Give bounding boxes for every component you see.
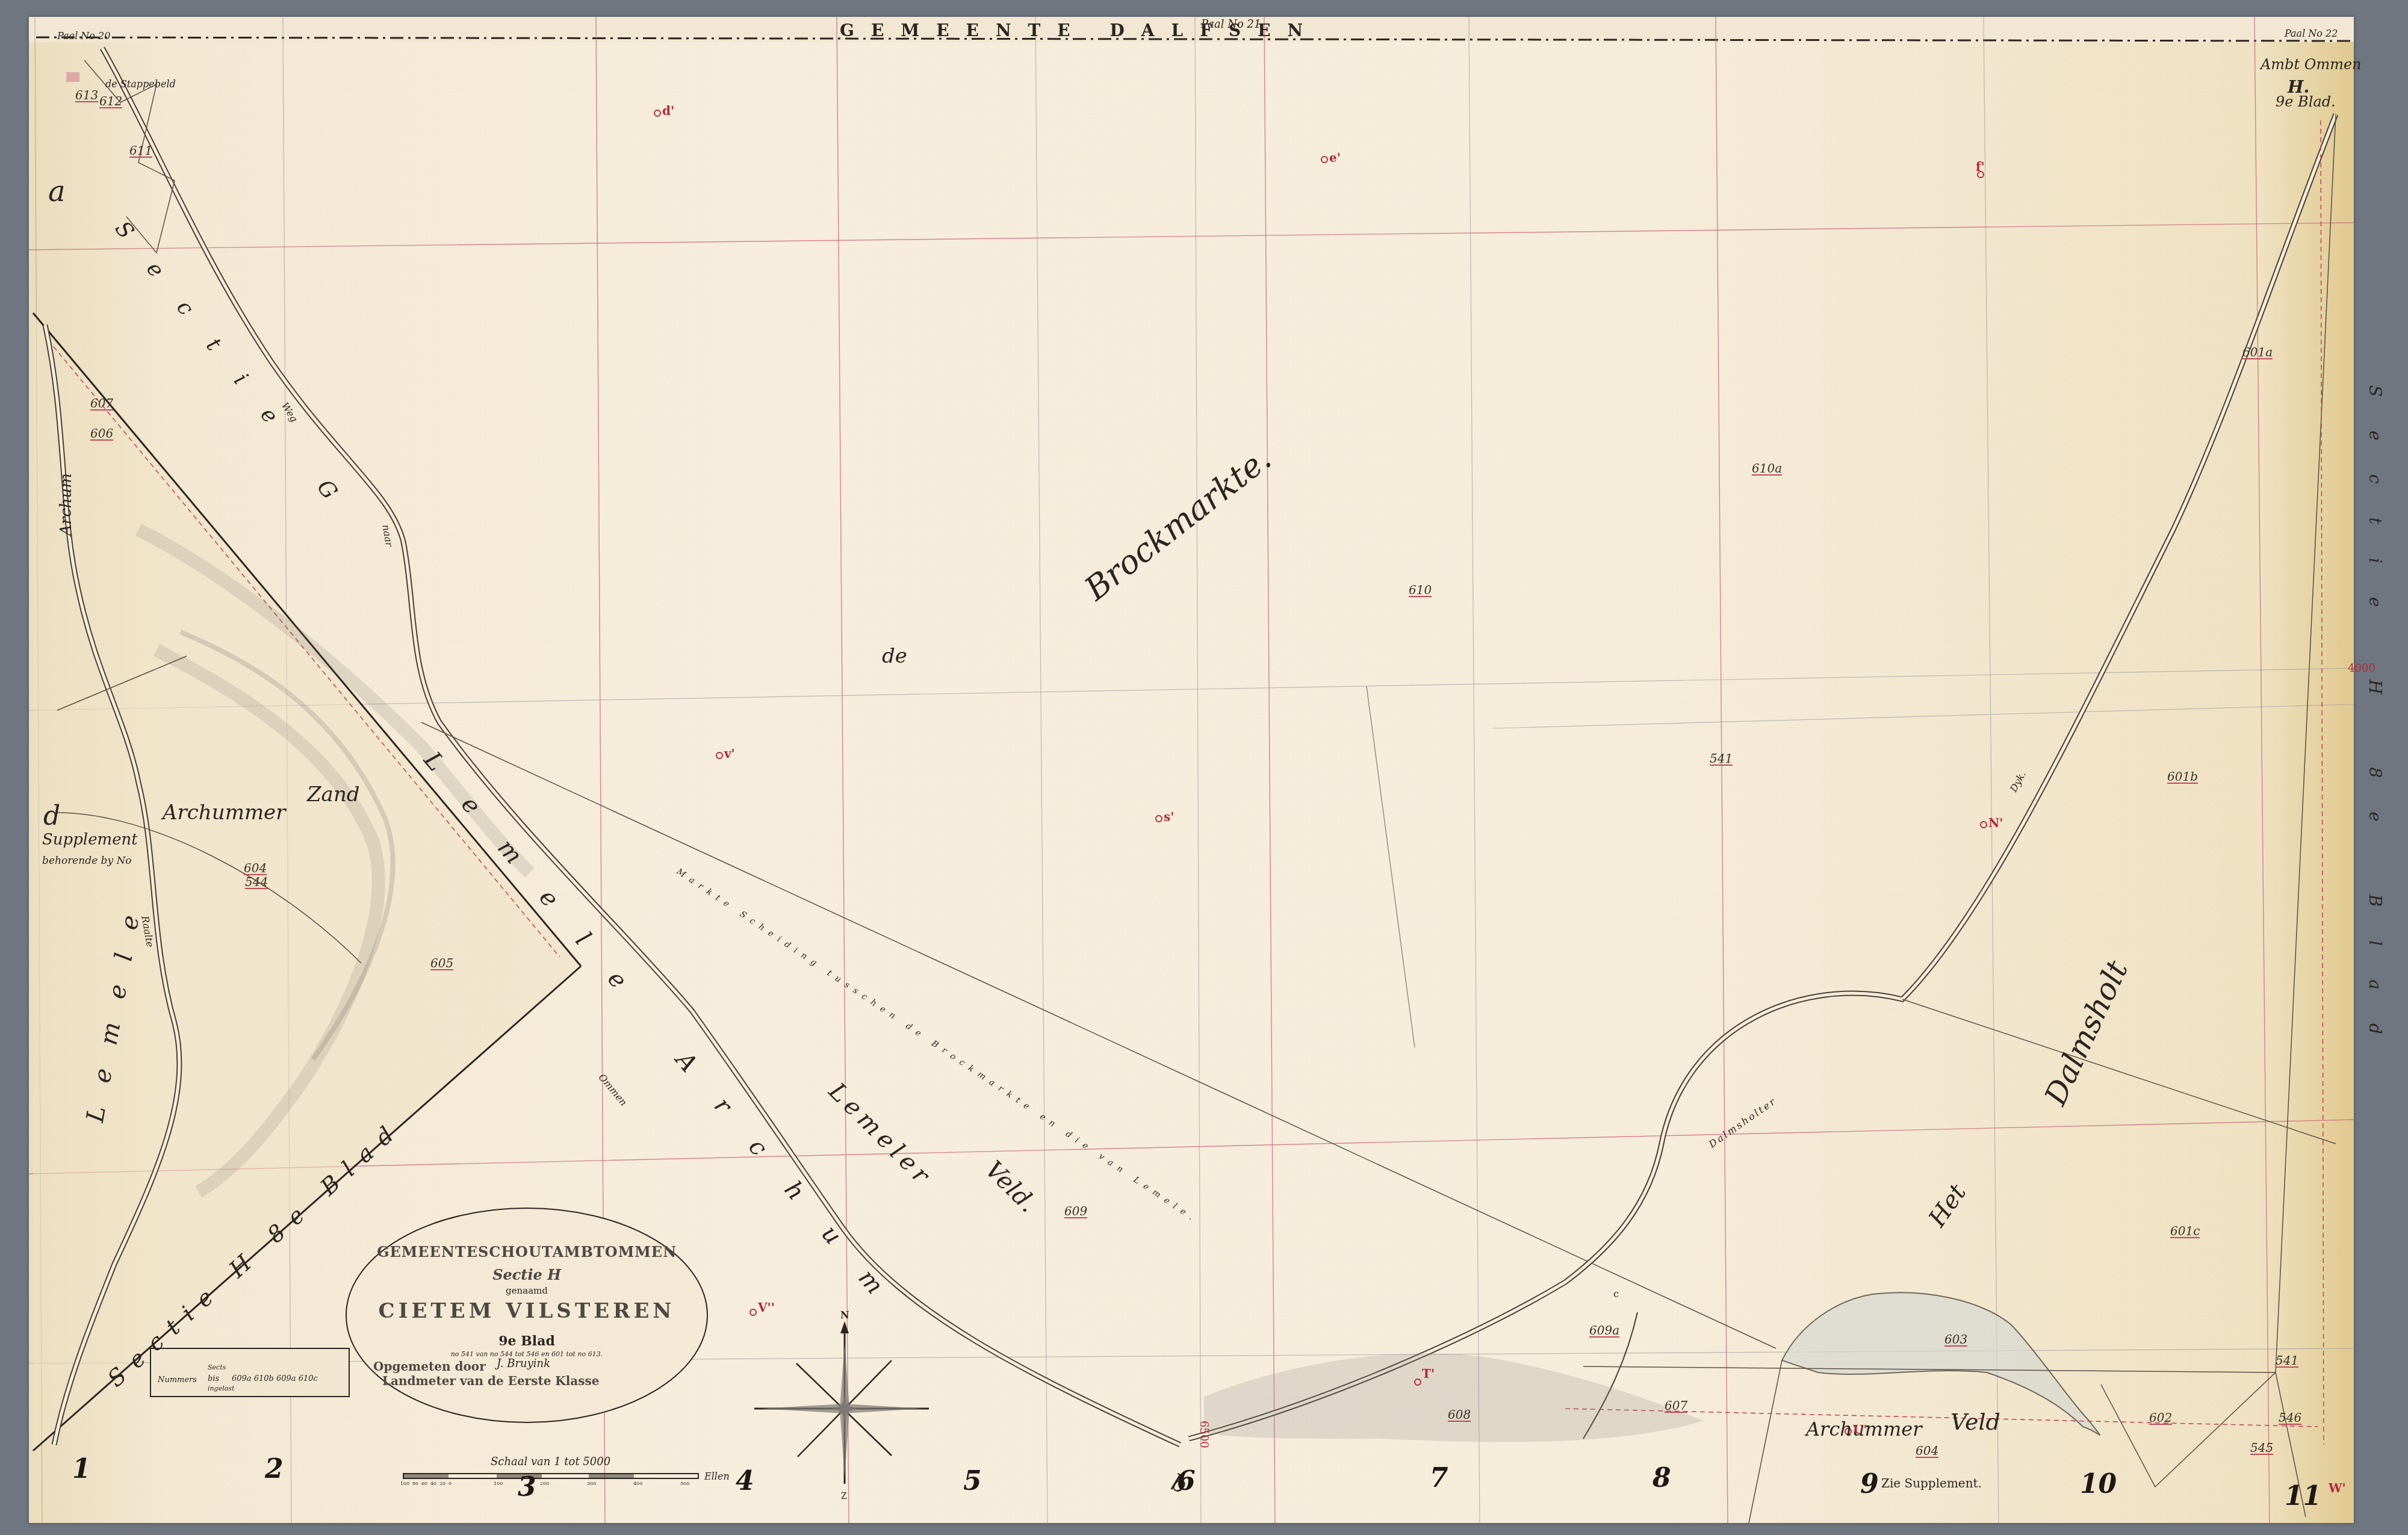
cartouche-sheet: 9e Blad — [364, 1333, 689, 1349]
parcel-610a[interactable]: 610a — [1752, 462, 1782, 476]
parcel-602[interactable]: 602 — [2149, 1412, 2172, 1425]
parcel-545[interactable]: 545 — [2250, 1442, 2273, 1455]
trig-points — [654, 110, 1987, 1434]
column-number-8: 8 — [1652, 1463, 1671, 1493]
supplement-box-label: Nummers — [158, 1375, 197, 1385]
scale-tick-4: 20 — [439, 1481, 445, 1486]
column-number-3: 3 — [518, 1472, 536, 1502]
parcel-541b[interactable]: 541 — [1710, 752, 1733, 766]
column-number-11: 11 — [2285, 1481, 2321, 1512]
parcel-604[interactable]: 604 — [244, 862, 267, 875]
parcel-603[interactable]: 603 — [1944, 1333, 1967, 1347]
paal-right: Paal No 22 — [2285, 28, 2338, 39]
trig-point-u: U' — [1853, 1422, 1867, 1437]
label-archummer-zand-2: Zand — [307, 783, 360, 807]
cadastral-map[interactable] — [0, 0, 2408, 1535]
scale-tick-10: 500 — [680, 1481, 689, 1486]
supplement-subtitle: behorende by No — [42, 855, 132, 867]
column-number-4: 4 — [736, 1466, 754, 1496]
cartouche-place-name: CIETEM VILSTEREN — [364, 1299, 689, 1323]
supplement-box-ingelast: ingelast — [208, 1385, 234, 1392]
trig-point-e: e' — [1329, 150, 1341, 165]
plot-line — [1749, 1360, 1782, 1523]
parcel-601b[interactable]: 601b — [2167, 771, 2198, 784]
scale-tick-6: 100 — [494, 1481, 503, 1486]
building-marker — [66, 72, 79, 82]
road-junction-c: c — [1613, 1288, 1619, 1300]
cartouche-surveyor-class: Landmeter van de Eerste Klasse — [382, 1374, 600, 1388]
paal-center: Paal No 21 — [1201, 18, 1261, 31]
compass-south: Z — [841, 1492, 847, 1501]
label-vertical-archum: Archum — [57, 473, 75, 536]
scale-tick-8: 300 — [587, 1481, 596, 1486]
column-number-6: 6 — [1177, 1466, 1196, 1496]
parcel-611[interactable]: 611 — [129, 144, 152, 158]
parcel-601a[interactable]: 601a — [2242, 346, 2273, 359]
pond-603[interactable] — [1782, 1292, 2100, 1434]
scale-tick-7: 200 — [540, 1481, 549, 1486]
column-number-1: 1 — [72, 1454, 91, 1484]
parcel-541[interactable]: 541 — [2276, 1354, 2298, 1368]
east-road-line — [2276, 114, 2336, 1372]
scale-tick-3: 40 — [430, 1481, 436, 1486]
row-letter-a: a — [48, 175, 66, 208]
cartouche-surveyed-by: Opgemeten door — [373, 1359, 486, 1374]
column-number-5: 5 — [963, 1466, 982, 1496]
supplement-title: Supplement — [42, 831, 138, 849]
cartouche-title: GEMEENTESCHOUTAMBTOMMEN — [364, 1243, 689, 1261]
parcel-607b[interactable]: 607 — [90, 397, 113, 411]
corner-ambt-ommen: Ambt Ommen — [2261, 56, 2362, 73]
supplement-box — [150, 1348, 349, 1397]
grid-coordinate-red: 6500 — [1197, 1421, 1210, 1448]
cartouche-genaamd: genaamd — [364, 1285, 689, 1296]
road-dalmsholter-dyk[interactable] — [1189, 114, 2336, 1439]
parcel-612[interactable]: 612 — [99, 95, 122, 108]
column-number-7: 7 — [1430, 1463, 1448, 1493]
paal-left: Paal No 20 — [57, 30, 110, 42]
scale-tick-9: 400 — [633, 1481, 642, 1486]
parcel-608[interactable]: 608 — [1448, 1409, 1471, 1422]
trig-point-f: f' — [1976, 160, 1985, 174]
compass-north: N — [840, 1309, 849, 1321]
right-edge-coordinate: 4000 — [2348, 662, 2375, 675]
parcel-604b[interactable]: 604 — [1916, 1445, 1938, 1458]
parcel-601c[interactable]: 601c — [2170, 1225, 2200, 1238]
trig-point-w: W' — [2329, 1481, 2346, 1495]
supplement-box-numbers: 609a 610b 609a 610c — [232, 1374, 318, 1383]
trig-point-d: d' — [662, 104, 674, 118]
parcel-609[interactable]: 609 — [1064, 1205, 1087, 1218]
supplement-box-sects: Sects — [208, 1363, 226, 1371]
scale-unit: Ellen — [704, 1471, 730, 1482]
supplement-box-bis: bis — [208, 1374, 219, 1383]
scale-tick-2: 60 — [421, 1481, 427, 1486]
parcel-544[interactable]: 544 — [245, 876, 268, 889]
column-number-10: 10 — [2080, 1469, 2117, 1499]
row-letter-d: d — [43, 801, 60, 831]
corner-sheet: 9e Blad. — [2276, 93, 2336, 110]
parcel-605[interactable]: 605 — [430, 957, 453, 970]
trig-point-s: s' — [1164, 810, 1174, 824]
plot-545-546 — [2101, 1372, 2306, 1517]
dalmsholt-boundary — [1902, 999, 2336, 1144]
column-number-2: 2 — [265, 1454, 284, 1484]
label-stappebeld: de Stappebeld — [105, 78, 176, 90]
parcel-610[interactable]: 610 — [1409, 584, 1432, 597]
label-de: de — [882, 644, 907, 668]
scale-tick-0: 100 — [400, 1481, 409, 1486]
column-nine-note: Zie Supplement. — [1881, 1476, 1982, 1490]
cartouche-section: Sectie H — [364, 1266, 689, 1283]
parcel-609a[interactable]: 609a — [1589, 1324, 1619, 1338]
construction-line — [1367, 686, 1415, 1047]
compass-rose-icon — [754, 1321, 929, 1484]
trig-point-v: v' — [724, 746, 735, 761]
section-boundary-right — [2321, 120, 2324, 1445]
label-right-edge-section: Sectie H 8e Blad — [2365, 385, 2385, 1068]
cartouche-signature: J. Bruyink — [497, 1357, 550, 1370]
scale-tick-5: 0 — [448, 1481, 451, 1486]
parcel-613[interactable]: 613 — [75, 89, 98, 102]
scale-bar — [403, 1474, 698, 1478]
trig-point-t: T' — [1422, 1366, 1435, 1381]
scale-title: Schaal van 1 tot 5000 — [491, 1456, 610, 1468]
scale-tick-1: 80 — [412, 1481, 418, 1486]
parcel-607[interactable]: 607 — [1665, 1400, 1687, 1413]
trig-point-v2: V'' — [758, 1300, 775, 1315]
parcel-546[interactable]: 546 — [2279, 1412, 2301, 1425]
trig-point-n: N' — [1988, 816, 2003, 830]
column-number-9: 9 — [1860, 1469, 1879, 1499]
label-archummer-zand-1: Archummer — [163, 801, 286, 825]
parcel-606[interactable]: 606 — [90, 427, 113, 441]
label-archummer-veld-2: Veld — [1950, 1409, 2000, 1435]
